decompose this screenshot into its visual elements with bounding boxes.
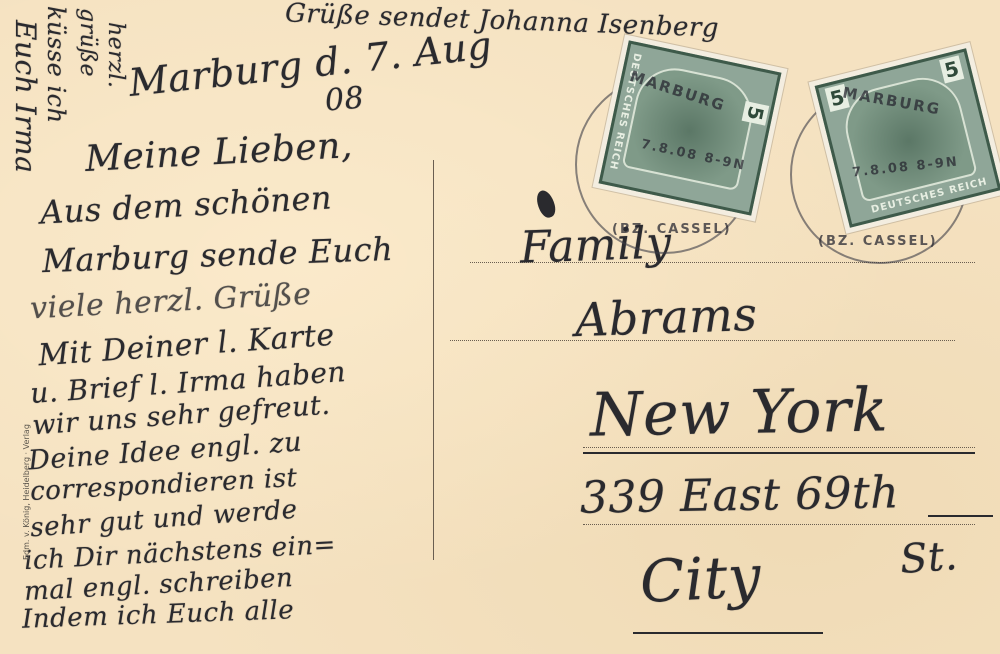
- message-line: Meine Lieben,: [84, 125, 354, 180]
- message-line: viele herzl. Grüße: [29, 277, 312, 327]
- address-underline: [583, 452, 975, 454]
- address-line3: New York: [589, 375, 888, 450]
- printer-imprint: Edm. v. König, Heidelberg · Verlag: [22, 424, 31, 560]
- dateline-place-date: Marburg d. 7. Aug: [127, 23, 494, 105]
- address-line4-suffix: St.: [898, 533, 959, 583]
- margin-line: herzl.: [103, 22, 128, 88]
- address-underline: [633, 632, 823, 634]
- ink-blot: [534, 188, 559, 220]
- center-divider: [433, 160, 434, 560]
- postmark-region: (BZ. CASSEL): [612, 222, 732, 237]
- address-line5: City: [638, 542, 762, 616]
- address-line2: Abrams: [574, 287, 758, 347]
- address-underline: [928, 515, 993, 517]
- message-line: Aus dem schönen: [39, 178, 333, 231]
- postage-stamp-2: 5 5 DEUTSCHES REICH: [815, 48, 1000, 227]
- margin-line: Euch Irma: [9, 20, 42, 173]
- postcard-back: Grüße sendet Johanna Isenberg Marburg d.…: [0, 0, 1000, 654]
- message-line: Marburg sende Euch: [41, 230, 393, 280]
- postmark-region: (BZ. CASSEL): [818, 234, 938, 249]
- dateline-year: 08: [324, 80, 366, 118]
- address-line-rule: [583, 524, 975, 525]
- margin-line: küsse ich: [42, 6, 70, 124]
- stamp-value: 5: [939, 55, 964, 83]
- address-line4: 339 East 69th: [580, 467, 900, 524]
- margin-line: grüße: [75, 8, 100, 77]
